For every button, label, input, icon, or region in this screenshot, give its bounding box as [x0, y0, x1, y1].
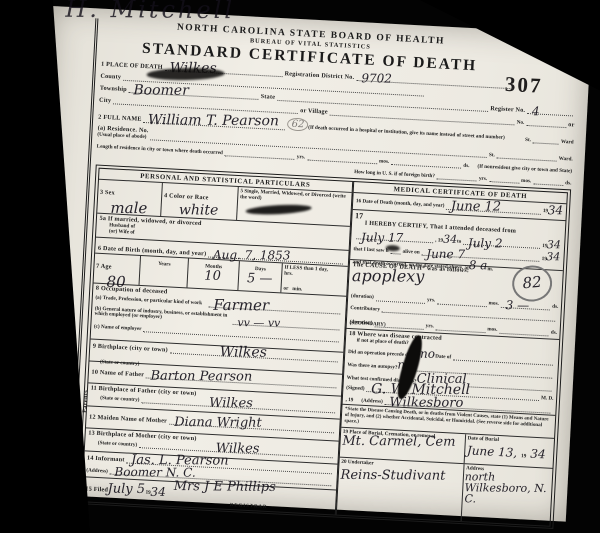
full-name-value: William T. Pearson	[148, 115, 279, 127]
main-grid-inner: PERSONAL AND STATISTICAL PARTICULARS 3 S…	[81, 167, 569, 526]
employer-label: (c) Name of employer	[94, 323, 142, 331]
dotted-line	[533, 176, 563, 186]
register-label: Register No.	[490, 105, 525, 114]
father-birthplace-value: Wilkes	[209, 399, 253, 410]
min-label: min.	[292, 286, 302, 293]
burial-place-value: Mt. Carmel, Cem	[342, 436, 462, 447]
nonresident-note: (If nonresident give city or town and St…	[477, 163, 572, 174]
pencil-annotation: 62	[287, 118, 308, 132]
years-label: Years	[143, 260, 186, 268]
years-cell: Years	[139, 256, 189, 287]
to-label: to	[457, 239, 462, 245]
row-undertaker: 20 Undertaker Reins-Studivant Address no…	[337, 457, 553, 525]
parents-side-label: Parents	[82, 390, 89, 413]
mos-label: mos.	[521, 178, 532, 185]
certificate-form: NORTH CAROLINA STATE BOARD OF HEALTH BUR…	[70, 18, 579, 529]
state-country-label: (State or country)	[98, 440, 138, 448]
yrs-label: yrs.	[479, 176, 488, 182]
registrar-label: REGISTRAR	[165, 499, 331, 513]
race-label: 4 Color or Race	[164, 192, 209, 201]
city-label: City	[99, 97, 112, 105]
mother-name-line: Diana Wright	[169, 417, 334, 434]
birthplace-value: Wilkes	[220, 348, 267, 360]
father-name-label: 10 Name of Father	[91, 368, 144, 378]
register-value: 4	[532, 108, 540, 118]
st-label: St.	[489, 152, 495, 158]
ink-smudge	[245, 203, 311, 215]
to-year-value: 34	[547, 241, 561, 250]
mother-name-label: 12 Maiden Name of Mother	[89, 413, 167, 424]
dotted-line	[437, 171, 477, 181]
row-filed: 15 Filed July 5 19 34 Mrs J E Phillips R…	[82, 477, 336, 514]
date-of-label: Date of	[435, 354, 451, 361]
parents-group: Parents 10 Name of Father Barton Pearson…	[84, 361, 342, 464]
death-certificate: H. Mitchell MARGIN RESERVED FOR BINDING …	[26, 6, 591, 522]
village-label: or Village	[300, 107, 328, 115]
contributory-label: Contributory	[350, 305, 380, 313]
place-of-death-label: 1 PLACE OF DEATH	[101, 61, 163, 71]
age-days-value: 5 —	[241, 274, 279, 285]
cause-value: apoplexy	[352, 270, 424, 283]
informant-label: 14 Informant	[87, 454, 125, 463]
industry-ditto-marks: vv — vv	[237, 319, 280, 328]
last-saw-label: that I last saw h	[353, 246, 388, 254]
yrs-label: yrs.	[427, 297, 436, 303]
dotted-line	[376, 293, 426, 304]
months-cell: Months 10	[187, 258, 239, 290]
township-label: Township	[100, 85, 128, 93]
burial-date-value: June 13,	[467, 443, 518, 460]
birthplace-label: 9 Birthplace (city or town)	[93, 342, 168, 353]
duration-label: (duration)	[351, 293, 374, 300]
dotted-line	[499, 326, 549, 337]
filed-year-value: 34	[150, 488, 165, 498]
burial-date-cell: Date of Burial June 13, 19 34	[463, 434, 554, 468]
nineteen-label: 19	[521, 453, 526, 459]
row-section-18: 18 Where was disease contracted if not a…	[342, 328, 559, 415]
dotted-line	[391, 157, 461, 169]
county-label: County	[100, 73, 121, 81]
dotted-line	[533, 135, 559, 144]
ds-label: ds.	[551, 330, 558, 336]
dotted-line	[497, 150, 557, 161]
dotted-line	[436, 323, 486, 334]
undertaker-address-cell: Address north Wilkesboro, N. C.	[460, 464, 553, 526]
state-country-label: (State or country)	[100, 395, 140, 403]
last-saw-date-value: June 7	[426, 250, 465, 260]
item-17-number: 17	[355, 211, 363, 220]
full-name-line: William T. Pearson	[143, 115, 285, 130]
mos-label: mos.	[379, 158, 390, 165]
age-cell: 7 Age 80	[93, 253, 140, 284]
physician-signature: G. W. Mitchell	[371, 384, 470, 396]
ds-label: ds.	[463, 163, 470, 169]
death-date-line: June 12	[446, 202, 541, 215]
father-name-line: Barton Pearson	[146, 371, 337, 389]
sex-cell: 3 Sex male	[97, 179, 162, 215]
spacer	[514, 89, 576, 92]
state-label: State	[261, 93, 276, 101]
main-grid: PERSONAL AND STATISTICAL PARTICULARS 3 S…	[78, 165, 571, 530]
yrs-label: yrs.	[297, 154, 306, 160]
operation-answer: no	[420, 349, 435, 359]
from-date-value: July 17	[361, 233, 403, 243]
dotted-line	[374, 319, 424, 330]
age-months-value: 10	[190, 271, 236, 282]
md-label: M. D.	[541, 395, 554, 402]
from-year-value: 34	[443, 235, 457, 244]
no-label: No.	[517, 119, 525, 125]
mos-label: mos.	[487, 326, 498, 333]
dotted-line	[225, 148, 295, 160]
sex-value: male	[99, 201, 158, 214]
residence-label-stack: (a) Residence. No. (Usual place of abode…	[97, 125, 149, 141]
comma-19-label: , 19	[345, 397, 353, 403]
personal-column: PERSONAL AND STATISTICAL PARTICULARS 3 S…	[82, 168, 353, 514]
days-cell: Days 5 —	[237, 261, 281, 292]
dotted-line	[489, 174, 519, 184]
dotted-line	[307, 153, 377, 165]
top-margin-handwriting: H. Mitchell	[65, 0, 235, 20]
to-date-line: July 2	[463, 237, 541, 249]
township-value: Boomer	[134, 85, 190, 97]
dotted-line	[437, 296, 487, 307]
ward-label: Ward	[561, 139, 574, 146]
full-name-label: 2 FULL NAME	[98, 114, 142, 123]
ds-label: ds.	[552, 303, 559, 309]
sex-label: 3 Sex	[100, 188, 115, 196]
death-date-label: 16 Date of Death (month, day, and year)	[356, 198, 445, 209]
from-date-line: July 17	[356, 232, 434, 244]
undertaker-value: Reins-Studivant	[340, 470, 460, 481]
less-than-day-cell: If LESS than 1 day, hrs. or min.	[280, 263, 347, 295]
filed-label: 15 Filed	[85, 486, 108, 494]
or-label: or	[283, 285, 288, 291]
undertaker-address-value: north Wilkesboro, N. C.	[464, 471, 549, 505]
district-label: Registration District No.	[284, 70, 354, 81]
medical-column: MEDICAL CERTIFICATE OF DEATH 16 Date of …	[336, 182, 568, 526]
register-line: 4	[527, 106, 573, 116]
trade-value: Farmer	[213, 298, 269, 310]
trade-label: (a) Trade, Profession, or particular kin…	[95, 296, 206, 307]
dotted-line	[526, 118, 566, 128]
race-value: white	[163, 205, 234, 217]
mother-name-value: Diana Wright	[174, 418, 262, 429]
comma-19-label: , 19	[435, 238, 443, 244]
informant-address-value: Boomer N. C.	[115, 468, 196, 478]
microfilm-scan: H. Mitchell MARGIN RESERVED FOR BINDING …	[0, 0, 600, 533]
duration-days-line: 3 —	[501, 299, 551, 310]
cause-code-value: 82	[522, 272, 543, 292]
yrs-label: yrs.	[426, 323, 435, 329]
signed-label: (Signed)	[346, 385, 365, 392]
last-saw-year-value: 34	[547, 254, 561, 263]
alive-on-label: alive on	[402, 249, 419, 256]
abode-note: (Usual place of abode)	[97, 132, 148, 141]
mos-label: mos.	[488, 300, 499, 307]
father-name-value: Barton Pearson	[151, 371, 253, 382]
or-label: or	[568, 121, 575, 128]
district-value: 9702	[361, 75, 392, 85]
informant-address-label: (Address)	[86, 467, 108, 474]
registrar-signature: Mrs J E Phillips	[174, 482, 333, 494]
filed-date-value: July 5	[108, 485, 146, 496]
burial-date-year: 34	[530, 446, 546, 461]
industry-value-line: vv — vv	[232, 317, 340, 331]
st-label: St.	[525, 137, 531, 143]
ds-label: ds.	[565, 180, 572, 186]
duration-label: (duration)	[349, 319, 372, 326]
ward-label: Ward.	[559, 156, 573, 163]
to-date-value: July 2	[468, 239, 503, 249]
physician-address-label: (Address)	[361, 398, 383, 405]
age-label: 7 Age	[96, 262, 112, 270]
autopsy-label: Was there an autopsy?	[347, 362, 397, 371]
race-cell: 4 Color or Race white	[160, 183, 238, 220]
marital-cell: 5 Single, Married, Widowed, or Divorced …	[236, 187, 352, 226]
death-year-value: 34	[548, 206, 563, 216]
death-date-value: June 12	[451, 202, 501, 213]
registrar-block: Mrs J E Phillips REGISTRAR	[165, 482, 332, 513]
undertaker-cell: 20 Undertaker Reins-Studivant	[337, 457, 464, 520]
